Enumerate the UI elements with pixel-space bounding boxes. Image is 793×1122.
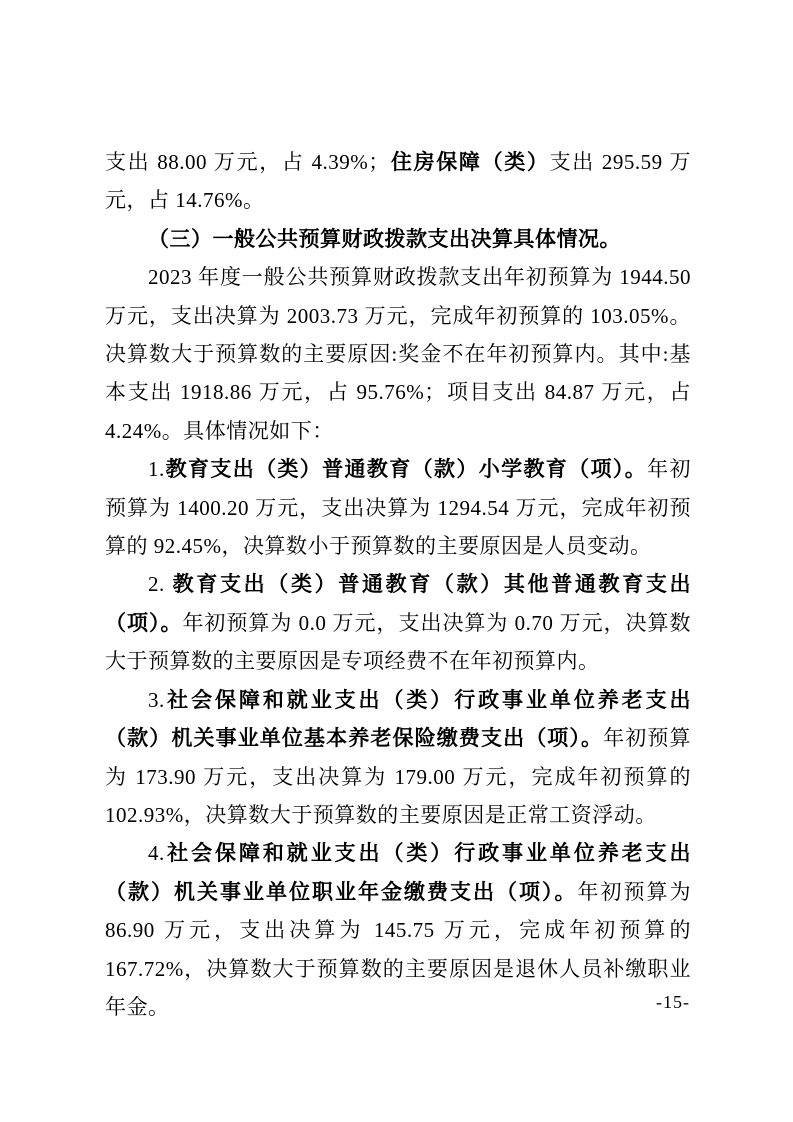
paragraph: 支出 88.00 万元，占 4.39%；住房保障（类）支出 295.59 万元，… xyxy=(105,143,691,220)
page-number: -15- xyxy=(656,992,690,1012)
document-page: 支出 88.00 万元，占 4.39%；住房保障（类）支出 295.59 万元，… xyxy=(0,0,793,1122)
page-footer: -15- xyxy=(656,991,690,1013)
paragraph: 3.社会保障和就业支出（类）行政事业单位养老支出（款）机关事业单位基本养老保险缴… xyxy=(105,681,691,835)
emphasized-text-run: （三）一般公共预算财政拨款支出决算具体情况。 xyxy=(148,227,621,251)
text-run: 1. xyxy=(148,457,165,481)
text-run: 年初预算为 0.0 万元，支出决算为 0.70 万元，决算数大于预算数的主要原因… xyxy=(105,611,691,673)
paragraph: 2023 年度一般公共预算财政拨款支出年初预算为 1944.50 万元，支出决算… xyxy=(105,258,691,450)
paragraph: （三）一般公共预算财政拨款支出决算具体情况。 xyxy=(105,220,691,258)
text-run: 2. xyxy=(148,572,173,596)
emphasized-text-run: 住房保障（类） xyxy=(390,150,550,174)
text-run: 2023 年度一般公共预算财政拨款支出年初预算为 1944.50 万元，支出决算… xyxy=(105,265,691,443)
text-run: 4. xyxy=(148,841,165,865)
text-run: 支出 88.00 万元，占 4.39%； xyxy=(105,150,390,174)
document-body: 支出 88.00 万元，占 4.39%；住房保障（类）支出 295.59 万元，… xyxy=(105,143,691,1026)
text-run: 3. xyxy=(148,688,165,712)
emphasized-text-run: 教育支出（类）普通教育（款）小学教育（项）。 xyxy=(165,457,647,481)
paragraph: 2. 教育支出（类）普通教育（款）其他普通教育支出（项）。年初预算为 0.0 万… xyxy=(105,565,691,680)
paragraph: 4.社会保障和就业支出（类）行政事业单位养老支出（款）机关事业单位职业年金缴费支… xyxy=(105,834,691,1026)
paragraph: 1.教育支出（类）普通教育（款）小学教育（项）。年初预算为 1400.20 万元… xyxy=(105,450,691,565)
